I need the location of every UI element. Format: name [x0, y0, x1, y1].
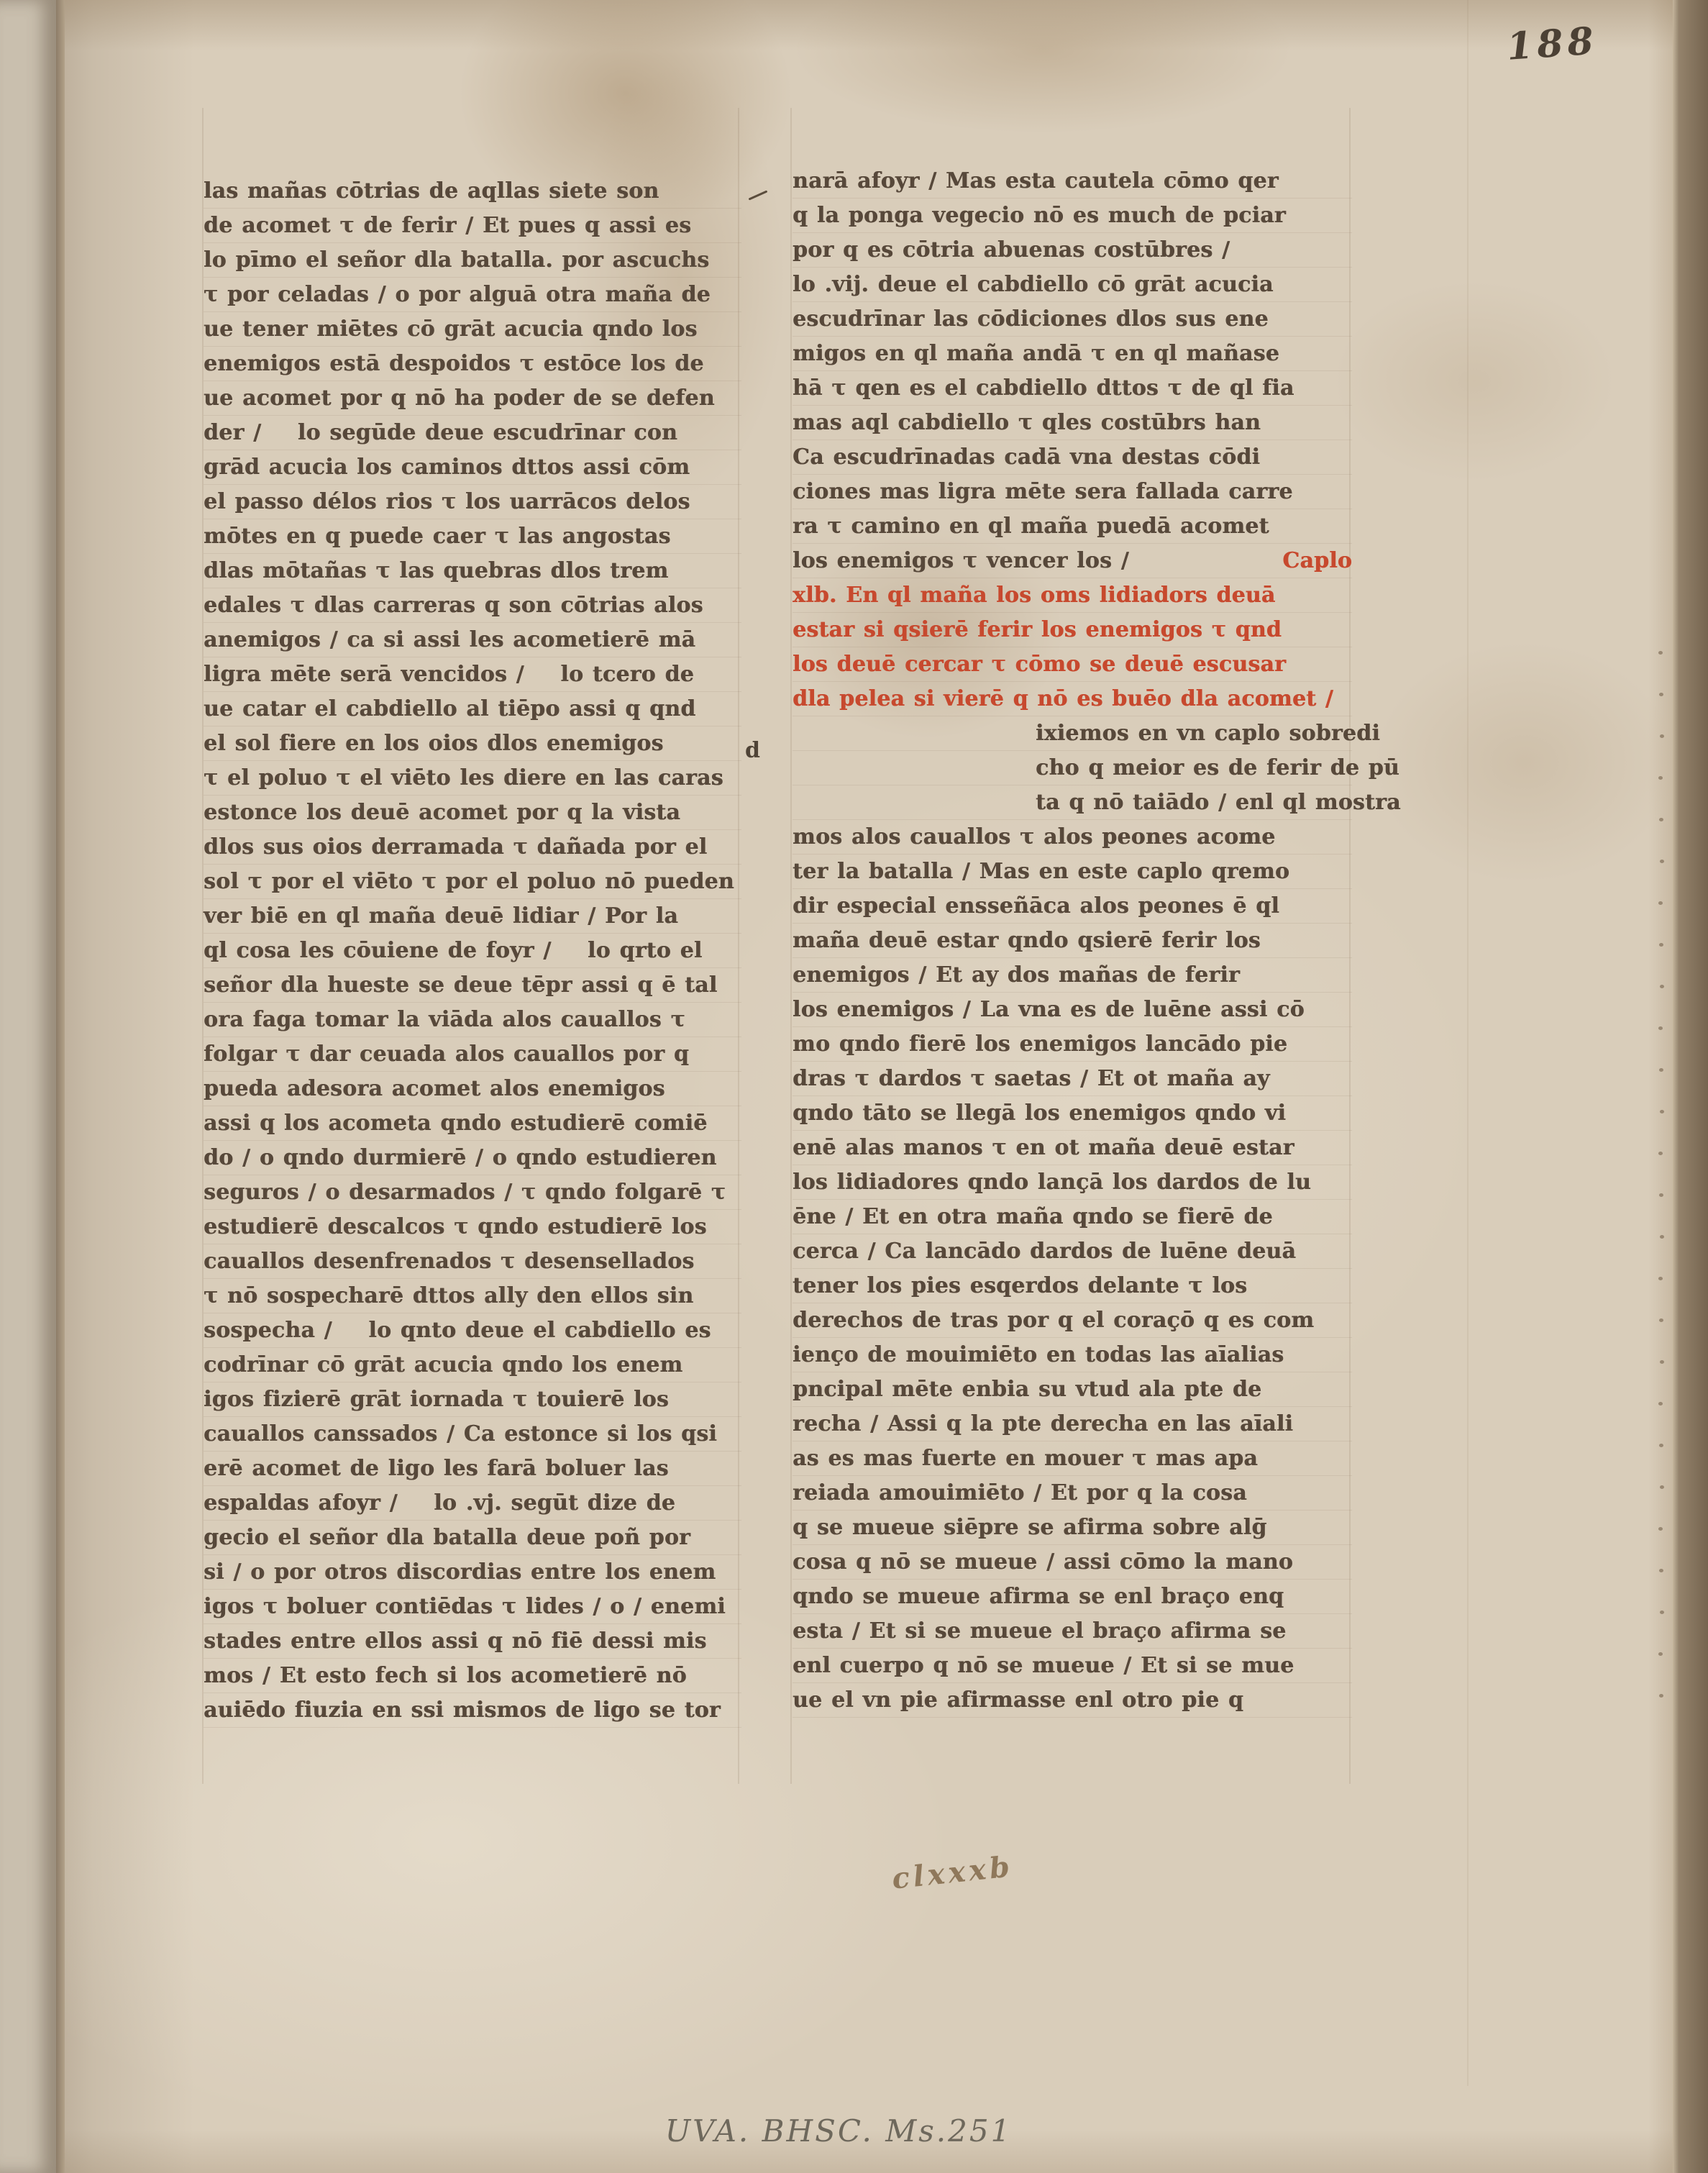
text-line: ciones mas ligra mēte sera fallada carre	[793, 475, 1352, 509]
text-line: por q es cōtria abuenas costūbres /	[793, 233, 1352, 268]
text-line: dras τ dardos τ saetas / Et ot maña ay	[793, 1062, 1352, 1096]
text-line: ter la batalla / Mas en este caplo qremo	[793, 855, 1352, 889]
text-line: auiēdo fiuzia en ssi mismos de ligo se t…	[204, 1693, 741, 1728]
text-line: dlos sus oios derramada τ dañada por el	[204, 830, 741, 865]
text-line: gecio el señor dla batalla deue poñ por	[204, 1521, 741, 1555]
text-line: cosa q nō se mueue / assi cōmo la mano	[793, 1545, 1352, 1580]
text-line: do / o qndo durmierē / o qndo estudieren	[204, 1141, 741, 1175]
text-line: ta q nō taiādo / enl ql mostra	[793, 785, 1352, 820]
text-line: enemigos estā despoidos τ estōce los de	[204, 347, 741, 381]
pricking-hole	[1659, 1068, 1663, 1072]
text-column-left: las mañas cōtrias de aqllas siete sonde …	[204, 174, 741, 1728]
text-line: ue tener miētes cō grāt acucia qndo los	[204, 312, 741, 347]
text-line: τ nō sospecharē dttos ally den ellos sin	[204, 1279, 741, 1313]
text-line: los lidiadores qndo lançā los dardos de …	[793, 1165, 1352, 1200]
text-line: los enemigos τ vencer los /Caplo	[793, 544, 1352, 578]
quire-signature: clxxxb	[890, 1849, 1015, 1895]
pricking-hole	[1659, 1193, 1663, 1197]
text-line: señor dla hueste se deue tēpr assi q ē t…	[204, 968, 741, 1003]
text-line: pncipal mēte enbia su vtud ala pte de	[793, 1372, 1352, 1407]
text-line: seguros / o desarmados / τ qndo folgarē …	[204, 1175, 741, 1210]
text-line: igos fizierē grāt iornada τ touierē los	[204, 1382, 741, 1417]
shelfmark-caption: UVA. BHSC. Ms.251	[0, 2113, 1677, 2149]
text-line: ixiemos en vn caplo sobredi	[793, 716, 1352, 751]
text-line: grād acucia los caminos dttos assi cōm	[204, 450, 741, 485]
pricking-hole	[1658, 1026, 1663, 1030]
text-line: esta / Et si se mueue el braço afirma se	[793, 1614, 1352, 1649]
folio-number: 188	[1505, 15, 1652, 69]
manuscript-photo: { "page": { "folio_number": "188", "quir…	[0, 0, 1708, 2173]
text-line: ue acomet por q nō ha poder de se defen	[204, 381, 741, 416]
ruling-line-outer-margin	[1467, 0, 1469, 2086]
text-line: der / lo segūde deue escudrīnar con	[204, 416, 741, 450]
text-line: dir especial ensseñāca alos peones ē ql	[793, 889, 1352, 924]
text-line: migos en ql maña andā τ en ql mañase	[793, 337, 1352, 371]
text-line: estar si qsierē ferir los enemigos τ qnd	[793, 613, 1352, 647]
text-line: las mañas cōtrias de aqllas siete son	[204, 174, 741, 209]
pricking-hole	[1658, 776, 1663, 780]
page-right-edge	[1673, 0, 1679, 2173]
text-line: mos alos cauallos τ alos peones acome	[793, 820, 1352, 855]
text-line: Ca escudrīnadas cadā vna destas cōdi	[793, 440, 1352, 475]
text-line: reiada amouimiēto / Et por q la cosa	[793, 1476, 1352, 1511]
text-line: q se mueue siēpre se afirma sobre alḡ	[793, 1511, 1352, 1545]
previous-page-edge	[0, 0, 56, 2173]
pricking-hole	[1658, 651, 1663, 655]
text-line: mōtes en q puede caer τ las angostas	[204, 519, 741, 554]
text-line: mo qndo fierē los enemigos lancādo pie	[793, 1027, 1352, 1062]
guide-letter: d	[745, 738, 760, 763]
text-line: narā afoyr / Mas esta cautela cōmo qer	[793, 164, 1352, 199]
text-line: ora faga tomar la viāda alos cauallos τ	[204, 1003, 741, 1037]
text-line: maña deuē estar qndo qsierē ferir los	[793, 924, 1352, 958]
pricking-hole	[1659, 943, 1663, 947]
gutter-crease	[56, 0, 65, 2173]
text-line: el passo délos rios τ los uarrācos delos	[204, 485, 741, 519]
text-line: assi q los acometa qndo estudierē comiē	[204, 1106, 741, 1141]
pricking-hole	[1658, 1152, 1663, 1155]
text-line: dla pelea si vierē q nō es buēo dla acom…	[793, 682, 1352, 716]
text-line: estonce los deuē acomet por q la vista	[204, 796, 741, 830]
text-line: el sol fiere en los oios dlos enemigos	[204, 726, 741, 761]
text-line: xlb. En ql maña los oms lidiadors deuā	[793, 578, 1352, 613]
text-line: ue el vn pie afirmasse enl otro pie q	[793, 1683, 1352, 1718]
text-line: ue catar el cabdiello al tiēpo assi q qn…	[204, 692, 741, 726]
text-line: enē alas manos τ en ot maña deuē estar	[793, 1131, 1352, 1165]
text-line: espaldas afoyr / lo .vj. segūt dize de	[204, 1486, 741, 1521]
text-line: erē acomet de ligo les farā boluer las	[204, 1452, 741, 1486]
text-line: q la ponga vegecio nō es much de pciar	[793, 199, 1352, 233]
pricking-hole	[1660, 1611, 1664, 1614]
text-line: igos τ boluer contiēdas τ lides / o / en…	[204, 1590, 741, 1624]
text-line: cauallos canssados / Ca estonce si los q…	[204, 1417, 741, 1452]
text-line: qndo tāto se llegā los enemigos qndo vi	[793, 1096, 1352, 1131]
pricking-hole	[1659, 1569, 1663, 1572]
text-line: sol τ por el viēto τ por el poluo nō pue…	[204, 865, 741, 899]
text-line: ienço de mouimiēto en todas las aīalias	[793, 1338, 1352, 1372]
text-line: enl cuerpo q nō se mueue / Et si se mue	[793, 1649, 1352, 1683]
pricking-hole	[1658, 1402, 1663, 1406]
rubric-catch-title: Caplo	[1282, 544, 1352, 578]
text-line: edales τ dlas carreras q son cōtrias alo…	[204, 588, 741, 623]
text-line: qndo se mueue afirma se enl braço enq	[793, 1580, 1352, 1614]
text-line: ēne / Et en otra maña qndo se fierē de	[793, 1200, 1352, 1234]
text-line: as es mas fuerte en mouer τ mas apa	[793, 1441, 1352, 1476]
text-line: cerca / Ca lancādo dardos de luēne deuā	[793, 1234, 1352, 1269]
text-line: stades entre ellos assi q nō fiē dessi m…	[204, 1624, 741, 1659]
margin-dash-mark	[749, 190, 768, 200]
pricking-hole	[1660, 1235, 1664, 1239]
text-line: de acomet τ de ferir / Et pues q assi es	[204, 209, 741, 243]
text-line: lo .vij. deue el cabdiello cō grāt acuci…	[793, 268, 1352, 302]
text-line: derechos de tras por q el coraçō q es co…	[793, 1303, 1352, 1338]
pricking-hole	[1660, 985, 1664, 988]
text-line: anemigos / ca si assi les acometierē mā	[204, 623, 741, 657]
text-line-segment: los enemigos τ vencer los /	[793, 544, 1129, 578]
pricking-hole	[1659, 693, 1663, 696]
pricking-hole	[1660, 860, 1664, 863]
pricking-hole	[1659, 1694, 1663, 1698]
ruling-line-right-col-left	[790, 108, 792, 1784]
pricking-hole	[1660, 1110, 1664, 1113]
pricking-hole	[1660, 1485, 1664, 1489]
text-line: los enemigos / La vna es de luēne assi c…	[793, 993, 1352, 1027]
pricking-hole	[1658, 1527, 1663, 1531]
text-line: pueda adesora acomet alos enemigos	[204, 1072, 741, 1106]
text-line: ligra mēte serā vencidos / lo tcero de	[204, 657, 741, 692]
text-line: τ por celadas / o por alguā otra maña de	[204, 278, 741, 312]
text-line: cho q meior es de ferir de pū	[793, 751, 1352, 785]
text-line: enemigos / Et ay dos mañas de ferir	[793, 958, 1352, 993]
text-line: si / o por otros discordias entre los en…	[204, 1555, 741, 1590]
text-column-right: narā afoyr / Mas esta cautela cōmo qerq …	[793, 164, 1352, 1718]
pricking-hole	[1658, 1652, 1663, 1656]
pricking-hole	[1660, 1360, 1664, 1364]
text-line: sospecha / lo qnto deue el cabdiello es	[204, 1313, 741, 1348]
text-line: τ el poluo τ el viēto les diere en las c…	[204, 761, 741, 796]
parchment-page: 188 d las mañas cōtrias de aqllas siete …	[0, 0, 1677, 2173]
text-line: estudierē descalcos τ qndo estudierē los	[204, 1210, 741, 1244]
text-line: folgar τ dar ceuada alos cauallos por q	[204, 1037, 741, 1072]
text-line: mas aql cabdiello τ qles costūbrs han	[793, 406, 1352, 440]
pricking-hole	[1660, 734, 1664, 738]
pricking-hole	[1659, 1318, 1663, 1322]
text-line: lo pīmo el señor dla batalla. por ascuch…	[204, 243, 741, 278]
text-line: tener los pies esqerdos delante τ los	[793, 1269, 1352, 1303]
pricking-hole	[1659, 1444, 1663, 1447]
text-line: hā τ qen es el cabdiello dttos τ de ql f…	[793, 371, 1352, 406]
text-line: ver biē en ql maña deuē lidiar / Por la	[204, 899, 741, 934]
text-line: recha / Assi q la pte derecha en las aīa…	[793, 1407, 1352, 1441]
photo-background-edge	[1679, 0, 1708, 2173]
text-line: ra τ camino en ql maña puedā acomet	[793, 509, 1352, 544]
pricking-hole	[1659, 818, 1663, 821]
pricking-hole	[1658, 1277, 1663, 1280]
text-line: dlas mōtañas τ las quebras dlos trem	[204, 554, 741, 588]
text-line: escudrīnar las cōdiciones dlos sus ene	[793, 302, 1352, 337]
text-line: codrīnar cō grāt acucia qndo los enem	[204, 1348, 741, 1382]
text-line: mos / Et esto fech si los acometierē nō	[204, 1659, 741, 1693]
text-line: cauallos desenfrenados τ desensellados	[204, 1244, 741, 1279]
pricking-hole	[1658, 901, 1663, 905]
text-line: los deuē cercar τ cōmo se deuē escusar	[793, 647, 1352, 682]
text-line: ql cosa les cōuiene de foyr / lo qrto el	[204, 934, 741, 968]
